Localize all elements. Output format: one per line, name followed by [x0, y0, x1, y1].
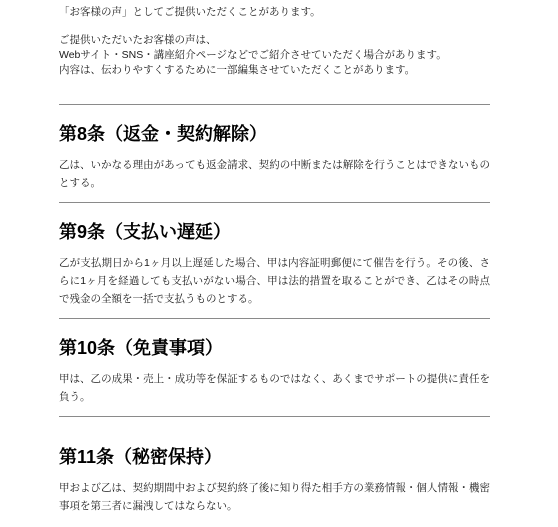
- section-divider: [59, 318, 490, 319]
- intro-line: Webサイト・SNS・講座紹介ページなどでご紹介させていただく場合があります。: [59, 48, 490, 63]
- section-body: 甲は、乙の成果・売上・成功等を保証するものではなく、あくまでサポートの提供に責任…: [59, 370, 490, 406]
- section-heading: 第11条（秘密保持）: [59, 447, 490, 467]
- section-article-8: 第8条（返金・契約解除） 乙は、いかなる理由があっても返金請求、契約の中断または…: [59, 124, 490, 202]
- section-divider: [59, 416, 490, 417]
- contract-document-page: 「お客様の声」としてご提供いただくことがあります。 ご提供いただいたお客様の声は…: [0, 0, 558, 527]
- section-body: 乙は、いかなる理由があっても返金請求、契約の中断または解除を行うことはできないも…: [59, 156, 490, 192]
- intro-line: 内容は、伝わりやすくするために一部編集させていただくことがあります。: [59, 63, 490, 78]
- section-article-9: 第9条（支払い遅延） 乙が支払期日から1ヶ月以上遅延した場合、甲は内容証明郵便に…: [59, 222, 490, 318]
- section-body: 乙が支払期日から1ヶ月以上遅延した場合、甲は内容証明郵便にて催告を行う。その後、…: [59, 254, 490, 308]
- section-divider: [59, 104, 490, 105]
- section-body: 甲および乙は、契約期間中および契約終了後に知り得た相手方の業務情報・個人情報・機…: [59, 479, 490, 515]
- section-article-11: 第11条（秘密保持） 甲および乙は、契約期間中および契約終了後に知り得た相手方の…: [59, 447, 490, 515]
- intro-paragraph: ご提供いただいたお客様の声は、 Webサイト・SNS・講座紹介ページなどでご紹介…: [59, 33, 490, 78]
- section-divider: [59, 202, 490, 203]
- section-heading: 第8条（返金・契約解除）: [59, 124, 490, 144]
- intro-line: ご提供いただいたお客様の声は、: [59, 33, 490, 48]
- section-heading: 第10条（免責事項）: [59, 338, 490, 358]
- intro-line: 「お客様の声」としてご提供いただくことがあります。: [59, 5, 490, 20]
- section-article-10: 第10条（免責事項） 甲は、乙の成果・売上・成功等を保証するものではなく、あくま…: [59, 338, 490, 416]
- section-heading: 第9条（支払い遅延）: [59, 222, 490, 242]
- document-content: 「お客様の声」としてご提供いただくことがあります。 ご提供いただいたお客様の声は…: [59, 5, 490, 515]
